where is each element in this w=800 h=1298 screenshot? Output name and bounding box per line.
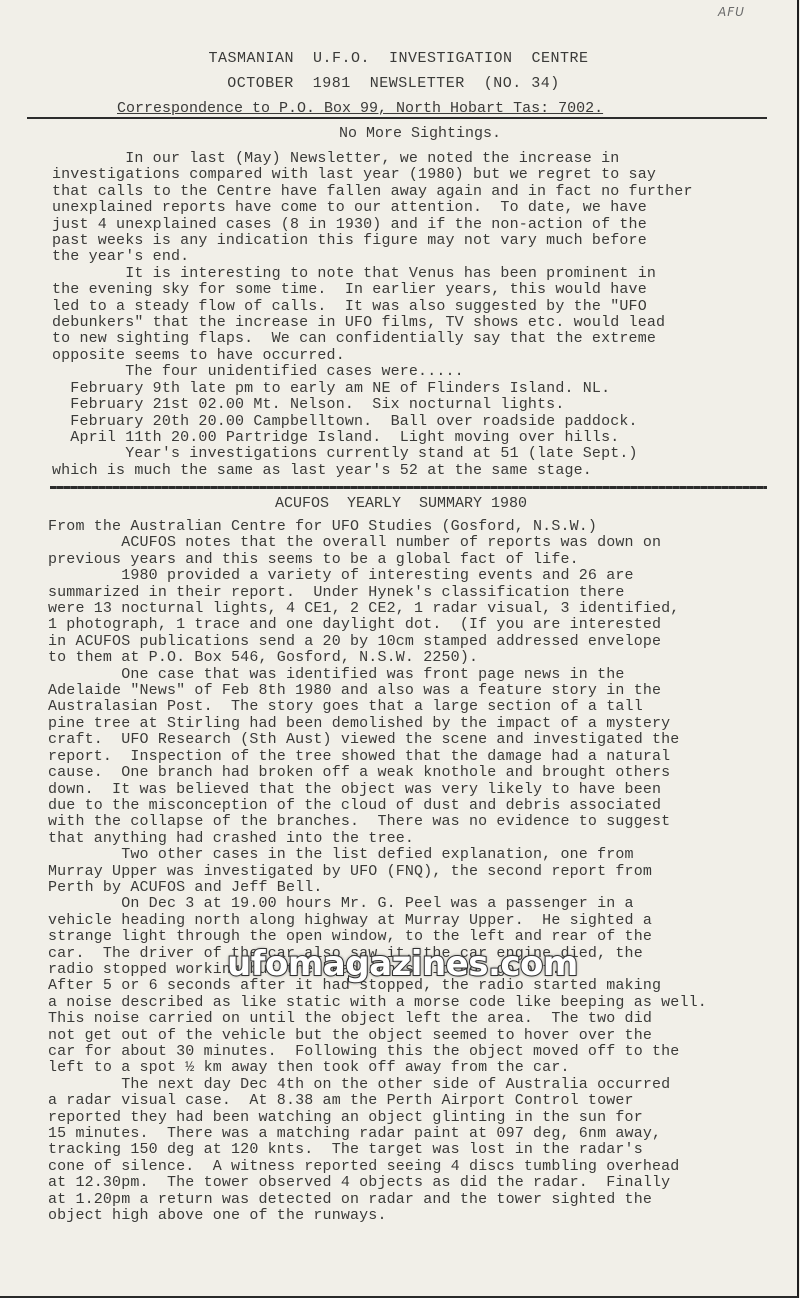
text-line: Perth by ACUFOS and Jeff Bell. — [48, 880, 707, 896]
header-divider — [27, 117, 767, 119]
text-line: The next day Dec 4th on the other side o… — [48, 1077, 707, 1093]
text-line: car for about 30 minutes. Following this… — [48, 1044, 707, 1060]
text-line: a noise described as like static with a … — [48, 995, 707, 1011]
text-line: craft. UFO Research (Sth Aust) viewed th… — [48, 732, 707, 748]
text-line: February 21st 02.00 Mt. Nelson. Six noct… — [52, 397, 693, 413]
text-line: It is interesting to note that Venus has… — [52, 266, 693, 282]
section-body-no-more-sightings: In our last (May) Newsletter, we noted t… — [52, 151, 693, 479]
text-line: which is much the same as last year's 52… — [52, 463, 693, 479]
text-line: to them at P.O. Box 546, Gosford, N.S.W.… — [48, 650, 707, 666]
text-line: were 13 nocturnal lights, 4 CE1, 2 CE2, … — [48, 601, 707, 617]
text-line: From the Australian Centre for UFO Studi… — [48, 519, 707, 535]
text-line: the year's end. — [52, 249, 693, 265]
text-line: that anything had crashed into the tree. — [48, 831, 707, 847]
text-line: with the collapse of the branches. There… — [48, 814, 707, 830]
text-line: Year's investigations currently stand at… — [52, 446, 693, 462]
text-line: led to a steady flow of calls. It was al… — [52, 299, 693, 315]
section-title-acufos-summary: ACUFOS YEARLY SUMMARY 1980 — [275, 495, 527, 512]
text-line: 1980 provided a variety of interesting e… — [48, 568, 707, 584]
text-line: April 11th 20.00 Partridge Island. Light… — [52, 430, 693, 446]
text-line: pine tree at Stirling had been demolishe… — [48, 716, 707, 732]
text-line: previous years and this seems to be a gl… — [48, 552, 707, 568]
text-line: down. It was believed that the object wa… — [48, 782, 707, 798]
text-line: object high above one of the runways. — [48, 1208, 707, 1224]
text-line: 1 photograph, 1 trace and one daylight d… — [48, 617, 707, 633]
newsletter-page: AFU TASMANIAN U.F.O. INVESTIGATION CENTR… — [0, 0, 799, 1298]
text-line: reported they had been watching an objec… — [48, 1110, 707, 1126]
text-line: left to a spot ½ km away then took off a… — [48, 1060, 707, 1076]
text-line: summarized in their report. Under Hynek'… — [48, 585, 707, 601]
text-line: February 20th 20.00 Campbelltown. Ball o… — [52, 414, 693, 430]
text-line: not get out of the vehicle but the objec… — [48, 1028, 707, 1044]
text-line: investigations compared with last year (… — [52, 167, 693, 183]
text-line: One case that was identified was front p… — [48, 667, 707, 683]
text-line: tracking 150 deg at 120 knts. The target… — [48, 1142, 707, 1158]
text-line: that calls to the Centre have fallen awa… — [52, 184, 693, 200]
masthead-subtitle: OCTOBER 1981 NEWSLETTER (NO. 34) — [0, 75, 792, 92]
text-line: a radar visual case. At 8.38 am the Pert… — [48, 1093, 707, 1109]
section-body-acufos-summary: From the Australian Centre for UFO Studi… — [48, 519, 707, 1224]
text-line: 15 minutes. There was a matching radar p… — [48, 1126, 707, 1142]
text-line: February 9th late pm to early am NE of F… — [52, 381, 693, 397]
text-line: cone of silence. A witness reported seei… — [48, 1159, 707, 1175]
watermark: ufomagazines.com — [227, 946, 578, 982]
text-line: report. Inspection of the tree showed th… — [48, 749, 707, 765]
text-line: In our last (May) Newsletter, we noted t… — [52, 151, 693, 167]
text-line: to new sighting flaps. We can confidenti… — [52, 331, 693, 347]
correspondence-address: Correspondence to P.O. Box 99, North Hob… — [117, 100, 603, 117]
text-line: cause. One branch had broken off a weak … — [48, 765, 707, 781]
text-line: in ACUFOS publications send a 20 by 10cm… — [48, 634, 707, 650]
text-line: On Dec 3 at 19.00 hours Mr. G. Peel was … — [48, 896, 707, 912]
text-line: Two other cases in the list defied expla… — [48, 847, 707, 863]
text-line: opposite seems to have occurred. — [52, 348, 693, 364]
text-line: just 4 unexplained cases (8 in 1930) and… — [52, 217, 693, 233]
text-line: The four unidentified cases were..... — [52, 364, 693, 380]
section-divider — [50, 486, 767, 489]
text-line: due to the misconception of the cloud of… — [48, 798, 707, 814]
text-line: unexplained reports have come to our att… — [52, 200, 693, 216]
text-line: Murray Upper was investigated by UFO (FN… — [48, 864, 707, 880]
text-line: past weeks is any indication this figure… — [52, 233, 693, 249]
text-line: ACUFOS notes that the overall number of … — [48, 535, 707, 551]
text-line: Adelaide "News" of Feb 8th 1980 and also… — [48, 683, 707, 699]
text-line: the evening sky for some time. In earlie… — [52, 282, 693, 298]
text-line: Australasian Post. The story goes that a… — [48, 699, 707, 715]
text-line: at 1.20pm a return was detected on radar… — [48, 1192, 707, 1208]
masthead-title: TASMANIAN U.F.O. INVESTIGATION CENTRE — [0, 50, 797, 67]
text-line: at 12.30pm. The tower observed 4 objects… — [48, 1175, 707, 1191]
text-line: debunkers" that the increase in UFO film… — [52, 315, 693, 331]
handwritten-annotation: AFU — [718, 5, 745, 19]
text-line: vehicle heading north along highway at M… — [48, 913, 707, 929]
section-title-no-more-sightings: No More Sightings. — [339, 125, 501, 142]
text-line: This noise carried on until the object l… — [48, 1011, 707, 1027]
